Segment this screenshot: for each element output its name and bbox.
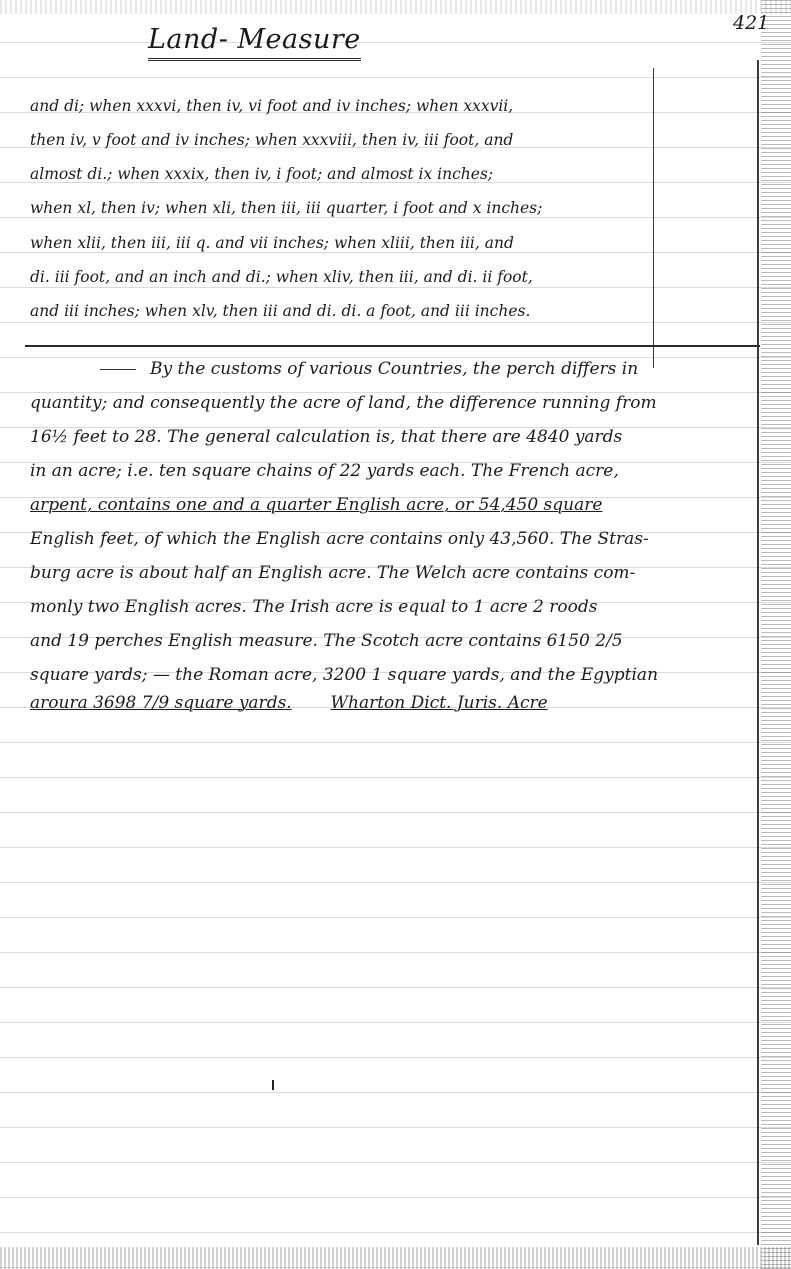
text-span: By the customs of various Countries, the… <box>150 359 638 379</box>
text-line: almost di.; when xxxix, then iv, i foot;… <box>30 165 493 183</box>
page-title: Land- Measure <box>148 24 361 61</box>
page-number: 421 <box>733 12 769 34</box>
citation: Wharton Dict. Juris. Acre <box>331 693 548 713</box>
margin-column-rule-inner <box>653 68 654 368</box>
paragraph-indent-mark <box>100 369 136 370</box>
text-line: di. iii foot, and an inch and di.; when … <box>30 268 533 286</box>
text-line: and 19 perches English measure. The Scot… <box>30 631 623 651</box>
section-divider-rule <box>25 345 760 347</box>
scan-noise-top <box>0 0 791 14</box>
text-line: English feet, of which the English acre … <box>30 529 649 549</box>
text-line: square yards; — the Roman acre, 3200 1 s… <box>30 665 658 685</box>
text-line: in an acre; i.e. ten square chains of 22… <box>30 461 619 481</box>
ledger-page: Land- Measure 421 and di; when xxxvi, th… <box>0 0 791 1269</box>
text-line: when xlii, then iii, iii q. and vii inch… <box>30 234 514 252</box>
text-line: By the customs of various Countries, the… <box>100 359 638 379</box>
text-line: and iii inches; when xlv, then iii and d… <box>30 302 530 320</box>
text-line: monly two English acres. The Irish acre … <box>30 597 597 617</box>
scan-edge-right <box>761 0 791 1269</box>
text-line: quantity; and consequently the acre of l… <box>30 393 657 413</box>
margin-column-rule-outer <box>757 60 759 1245</box>
text-line: 16½ feet to 28. The general calculation … <box>30 427 622 447</box>
text-line: when xl, then iv; when xli, then iii, ii… <box>30 199 542 217</box>
ink-speck <box>272 1080 274 1090</box>
text-line: aroura 3698 7/9 square yards. Wharton Di… <box>30 693 548 713</box>
text-span: aroura 3698 7/9 square yards. <box>30 693 292 713</box>
scan-noise-bottom <box>0 1247 791 1269</box>
text-line: arpent, contains one and a quarter Engli… <box>30 495 602 515</box>
text-line: then iv, v foot and iv inches; when xxxv… <box>30 131 513 149</box>
text-line: burg acre is about half an English acre.… <box>30 563 635 583</box>
text-line: and di; when xxxvi, then iv, vi foot and… <box>30 97 513 115</box>
